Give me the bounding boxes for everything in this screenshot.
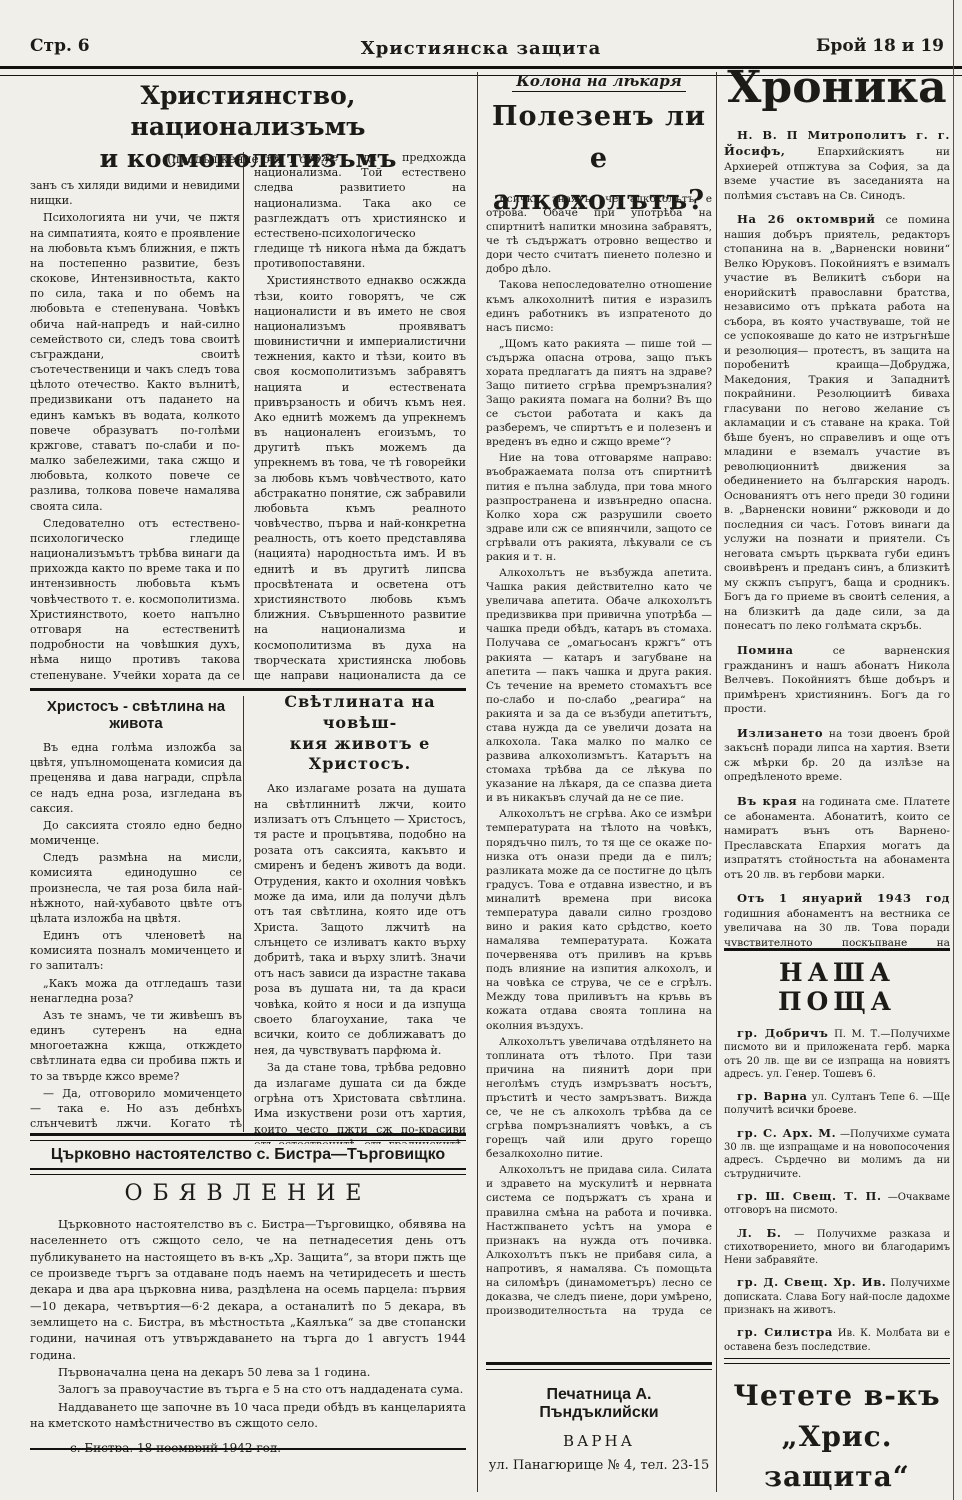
article-column-1: занъ съ хиляди видими и невидими нищки.П… [30,178,240,684]
christ-light-title: Христосъ - свѣтлина на живота [30,698,242,732]
mail-item: гр. Д. Свещ. Хр. Ив. Получихме дописката… [724,1275,950,1317]
middle-divider [486,1362,712,1370]
chronicle-item-text: на годината сме. Платете се абонамента. … [724,796,950,881]
paragraph: Единъ отъ членоветѣ на комисията позналъ… [30,928,242,974]
promo-box: Четете в-къ „Хрис. защита“ [724,1376,950,1498]
mail-item: гр. Ш. Свещ. Т. П. —Очакваме отговоръ на… [724,1189,950,1218]
right-divider [724,948,950,951]
chronicle-item-lead: Отъ 1 януарий 1943 год [737,891,950,905]
chronicle-item-text: се помина нашия добъръ приятель, редакто… [724,214,950,632]
paragraph: Наддаването ще започне въ 10 часа преди … [30,1399,466,1432]
mail-title: НАША ПОЩА [724,958,950,1016]
article-column-2: не може да предхожда национализма. Той е… [254,150,466,684]
announcement-dateline: с. Бистра, 18 ноемврий 1942 год. [30,1441,466,1452]
imprint-name: Печатница А. Пъндъклийски [486,1386,712,1422]
announcement-rule [30,1168,466,1175]
chronicle-item-text: годишния абонаментъ на вестника се увели… [724,908,950,946]
paragraph: За да стане това, трѣбва редовно да изла… [254,1060,466,1144]
mail-item: Л. Б. — Получихме разказа и стихотворени… [724,1226,950,1268]
paragraph: Такова непоследователно отношение къмъ а… [486,278,712,334]
page-edge-rule [953,0,954,1500]
paragraph: Ние на това отговаряме направо: въобража… [486,451,712,564]
paragraph: Алкохолътъ увеличава отдѣлянето на топли… [486,1035,712,1162]
chronicle-item: Н. В. П Митрополитъ г. г. Йосифъ, Епархи… [724,128,950,203]
mail-section: НАША ПОЩА гр. Добричъ П. М. Т.—Получихме… [724,958,950,1354]
mail-item: гр. Добричъ П. М. Т.—Получихме писмото в… [724,1026,950,1081]
paragraph: Азъ те знамъ, че ти живѣешъ въ единъ сут… [30,1008,242,1084]
mail-item: гр. С. Арх. М. —Получихме сумата 30 лв. … [724,1126,950,1181]
right-divider-bottom [724,1358,950,1364]
section-divider [30,1133,466,1141]
column-rule-middle-right [716,72,717,1492]
chronicle-item-lead: Излизането [737,726,823,740]
imprint-address: ул. Панагюрище № 4, тел. 23-15 [486,1458,712,1473]
paragraph: Психологията ни учи, че пжтя на симпатия… [30,210,240,513]
chronicle-body: Н. В. П Митрополитъ г. г. Йосифъ, Епархи… [724,128,950,946]
paragraph: До саксията стояло едно бедно момиченце. [30,818,242,848]
light-of-life-title-line1: Свѣтлината на човѣш- [284,692,435,732]
paragraph: Църковното настоятелство въ с. Бистра—Тъ… [30,1216,466,1363]
chronicle-item: Излизането на този двоенъ брой закъснѣ п… [724,726,950,785]
mail-item-lead: гр. С. Арх. М. [737,1126,836,1140]
imprint-block: Печатница А. Пъндъклийски ВАРНА ул. Пана… [486,1386,712,1473]
paragraph: не може да предхожда национализма. Той е… [254,150,466,271]
chronicle-item-lead: Въ края [737,794,797,808]
paragraph: занъ съ хиляди видими и невидими нищки. [30,178,240,208]
chronicle-item: Отъ 1 януарий 1943 год годишния абонамен… [724,891,950,946]
paragraph: Християнството еднакво осжжда тѣзи, коит… [254,273,466,684]
mail-item: гр. Силистра Ив. К. Молбата ви е оставен… [724,1325,950,1354]
promo-line2: „Хрис. защита“ [764,1420,910,1494]
paragraph: „Какъ можа да отгледашъ тази ненагледна … [30,976,242,1006]
subcolumn-rule-bottom [243,696,244,1132]
light-of-life-title: Свѣтлината на човѣш- кия животъ е Христо… [254,692,466,775]
announcement-title: ОБЯВЛЕНИЕ [30,1181,466,1206]
paragraph: Алкохолътъ не сгрѣва. Ако се измѣри темп… [486,807,712,1032]
mail-item-lead: гр. Варна [737,1089,808,1103]
light-of-life-title-line2: кия животъ е Христосъ. [290,734,431,774]
doctor-column-body: Всички знаятъ, че алкохолътъ е отрова. О… [486,192,712,1320]
bottom-rule-left [30,1448,466,1450]
mail-item-lead: Л. Б. [737,1226,782,1240]
issue-label: Брой 18 и 19 [816,36,944,56]
mail-item-lead: гр. Добричъ [737,1026,828,1040]
paragraph: „Щомъ като ракията — пише той — съдържа … [486,337,712,450]
light-of-life-section: Свѣтлината на човѣш- кия животъ е Христо… [254,692,466,1144]
newspaper-page: Стр. 6 Християнска защита Брой 18 и 19 Х… [0,0,962,1500]
doctor-column-kicker: Колона на лѣкаря [486,72,712,90]
chronicle-item: Помина се варненския гражданинъ и нашъ а… [724,643,950,717]
announcement-section: Църковно настоятелство с. Бистра—Търгови… [30,1146,466,1452]
chronicle-item-lead: Помина [737,643,794,657]
paragraph: Ако излагаме розата на душата на свѣтлин… [254,781,466,1058]
imprint-city: ВАРНА [486,1432,712,1450]
column-rule-left-middle [477,72,478,1492]
chronicle-item-lead: На 26 октомврий [737,212,876,226]
mail-item-lead: гр. Д. Свещ. Хр. Ив. [737,1275,886,1289]
paragraph: Въ една голѣма изложба за цвѣтя, упълном… [30,740,242,816]
paragraph: — Да, отговорило момиченцето — така е. Н… [30,1086,242,1132]
promo-line1: Четете в-къ [733,1379,940,1412]
chronicle-item: На 26 октомврий се помина нашия добъръ п… [724,212,950,634]
mail-item-lead: гр. Силистра [737,1325,833,1339]
mail-item: гр. Варна ул. Султанъ Тепе 6. —Ще получи… [724,1089,950,1118]
paragraph: Алкохолътъ не придава сила. Силата и здр… [486,1163,712,1320]
mail-item-lead: гр. Ш. Свещ. Т. П. [737,1189,882,1203]
christ-light-section: Христосъ - свѣтлина на живота Въ една го… [30,698,242,1132]
subcolumn-rule-top [243,152,244,680]
article-title-line1: Християнство, национализъмъ [131,81,366,141]
doctor-column-kicker-text: Колона на лѣкаря [512,72,685,92]
chronicle-item: Въ края на годината сме. Платете се абон… [724,794,950,882]
section-divider [30,688,466,691]
announcement-header: Църковно настоятелство с. Бистра—Търгови… [30,1146,466,1164]
paragraph: Следъ размѣна на мисли, комисията единод… [30,850,242,926]
paragraph: Първоначална цена на декаръ 50 лева за 1… [30,1364,466,1380]
paragraph: Залогъ за правоучастие въ търга е 5 на с… [30,1381,466,1397]
paragraph: Всички знаятъ, че алкохолътъ е отрова. О… [486,192,712,276]
paragraph: Алкохолътъ не възбужда апетита. Чашка ра… [486,566,712,805]
doctor-column-title-line1: Полезенъ ли е [492,101,706,174]
paragraph: Следователно отъ естествено-психологичес… [30,516,240,684]
chronicle-title: Хроника [724,64,950,112]
